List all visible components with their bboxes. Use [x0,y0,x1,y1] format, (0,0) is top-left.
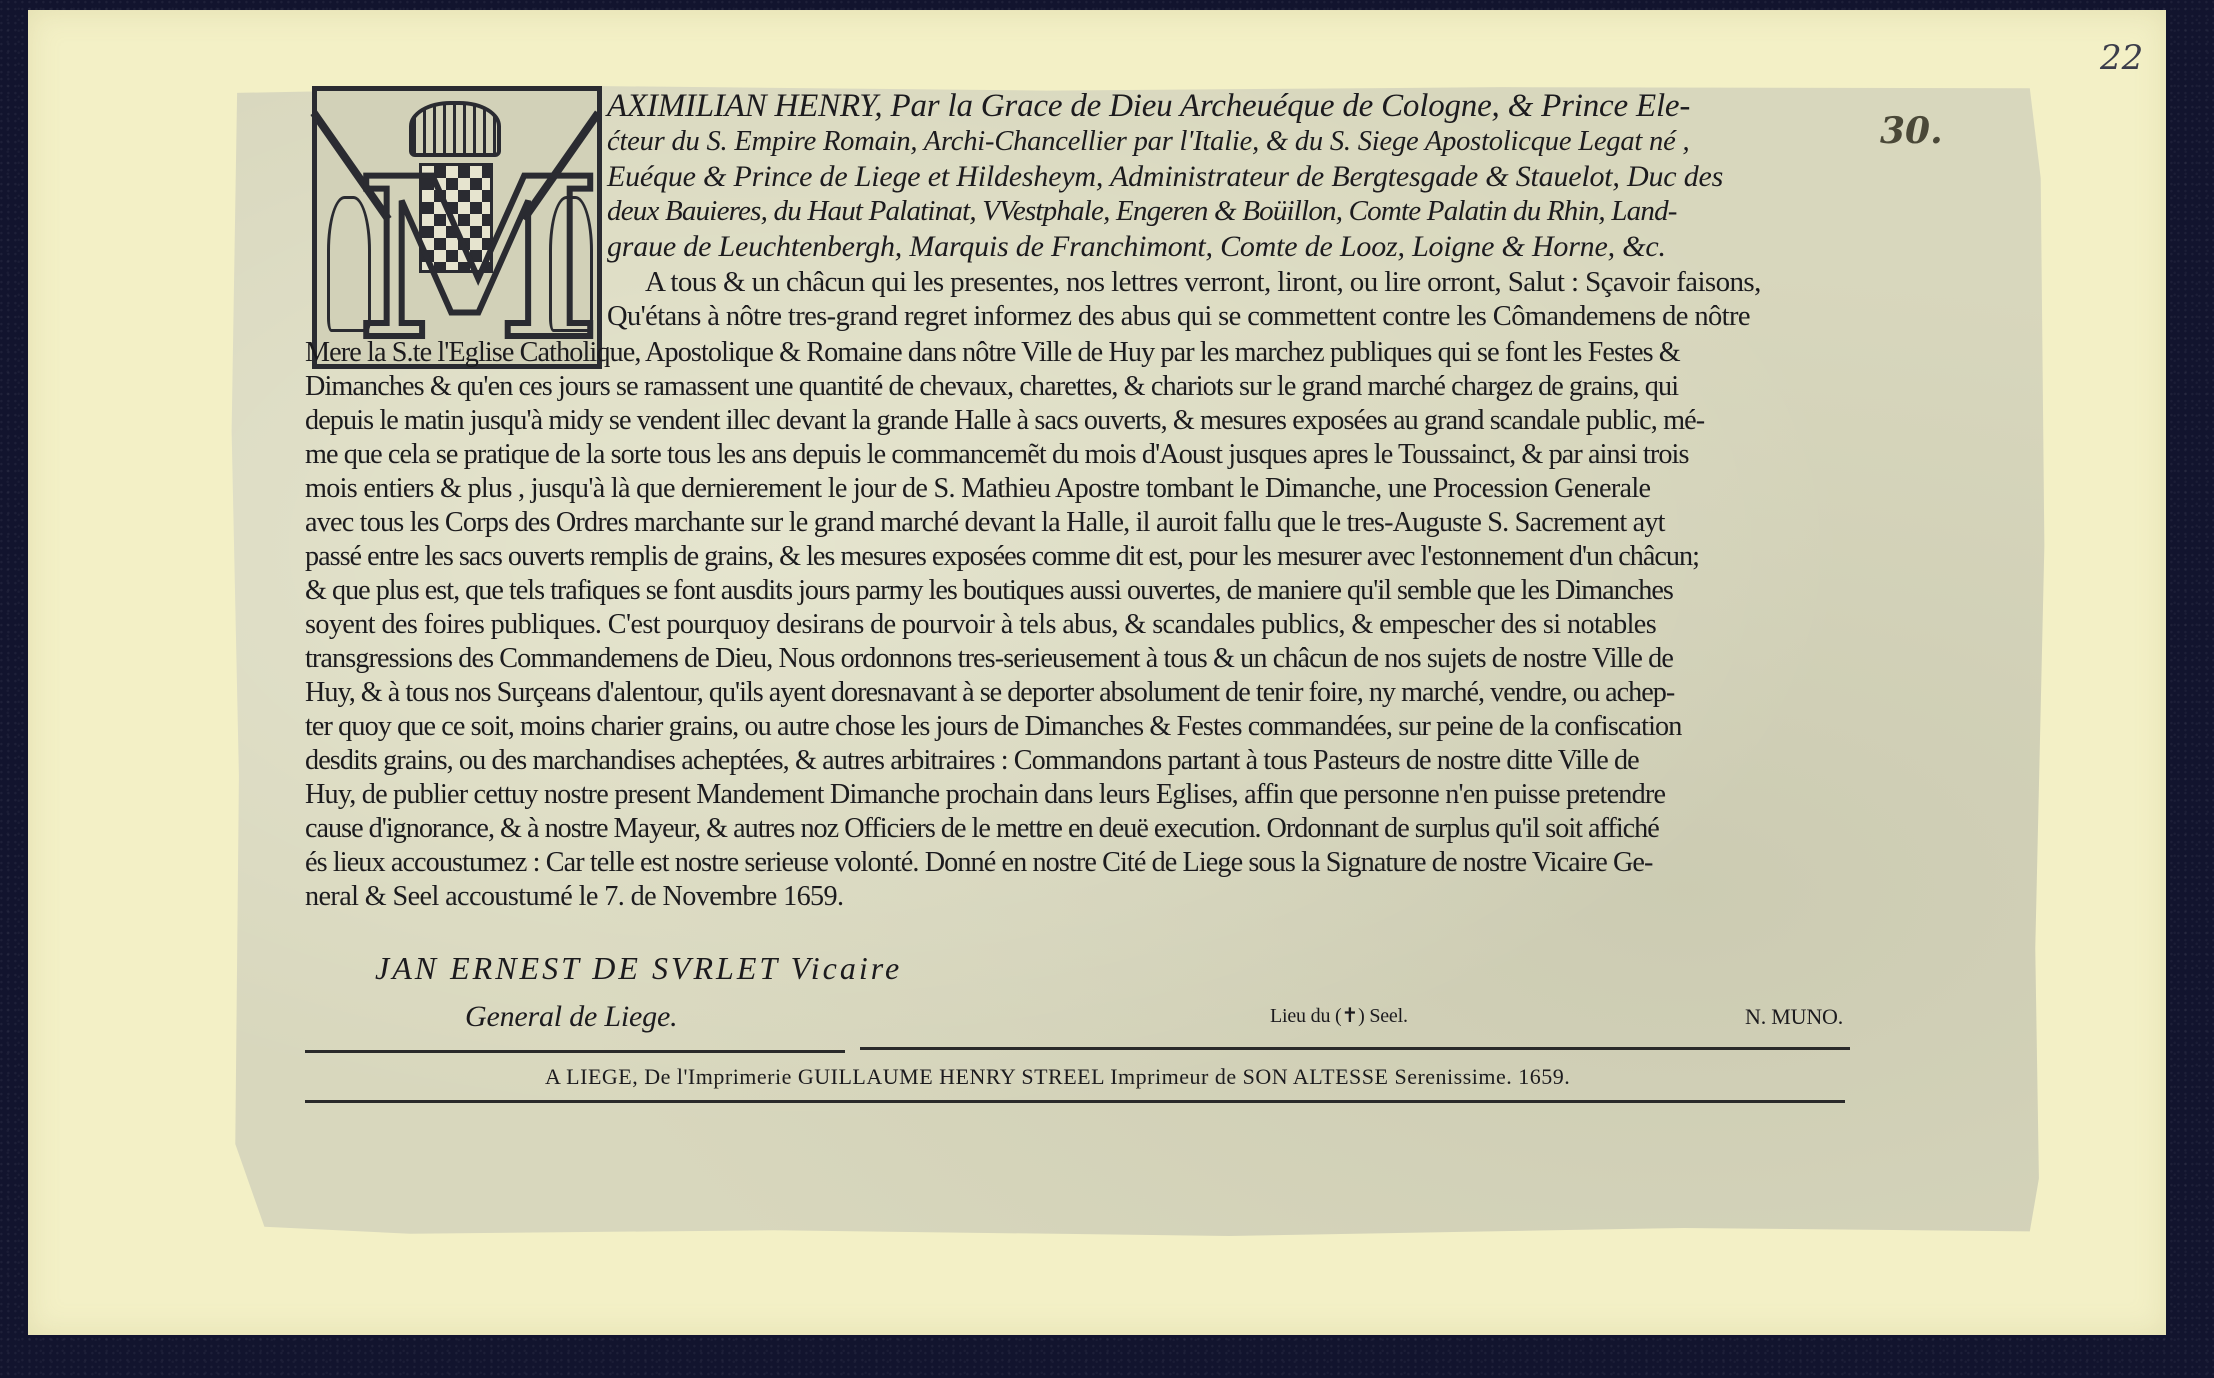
body-line-10: & que plus est, que tels trafiques se fo… [305,574,1673,607]
body-line-19: neral & Seel accoustumé le 7. de Novembr… [305,880,844,913]
body-line-9: passé entre les sacs ouverts remplis de … [305,540,1699,573]
heading-line-4: deux Bauieres, du Haut Palatinat, VVestp… [607,195,1677,228]
folio-number-top: 22 [2100,38,2143,78]
rule-upper-right [860,1047,1850,1050]
body-line-12: transgressions des Commandemens de Dieu,… [305,642,1673,675]
heading-line-3: Euéque & Prince de Liege et Hildesheym, … [607,160,1723,193]
body-line-11: soyent des foires publiques. C'est pourq… [305,608,1656,641]
body-line-14: ter quoy que ce soit, moins charier grai… [305,710,1681,743]
body-line-6: me que cela se pratique de la sorte tous… [305,438,1689,471]
rule-upper-left [305,1050,845,1053]
secretary-name: N. MUNO. [1745,1000,1843,1033]
signature-line-2: General de Liege. [465,1000,677,1033]
body-line-2: Qu'étans à nôtre tres-grand regret infor… [607,300,1750,333]
body-line-7: mois entiers & plus , jusqu'à là que der… [305,472,1650,505]
folio-number-margin: 30. [1880,110,1943,152]
initial-letter: M [357,159,601,359]
rule-lower [305,1100,1845,1103]
seal-place: Lieu du (✝) Seel. [1270,1000,1408,1033]
body-line-5: depuis le matin jusqu'à midy se vendent … [305,404,1704,437]
signature-line-1: JAN ERNEST DE SVRLET Vicaire [375,952,902,985]
body-line-17: cause d'ignorance, & à nostre Mayeur, & … [305,812,1659,845]
heading-line-1: AXIMILIAN HENRY, Par la Grace de Dieu Ar… [607,90,1690,123]
body-line-16: Huy, de publier cettuy nostre present Ma… [305,778,1665,811]
body-line-1: A tous & un châcun qui les presentes, no… [645,266,1761,299]
heading-line-2: ćteur du S. Empire Romain, Archi-Chancel… [607,125,1689,158]
body-line-15: desdits grains, ou des marchandises ache… [305,744,1639,777]
heading-line-5: graue de Leuchtenbergh, Marquis de Franc… [607,230,1666,263]
body-line-3: Mere la S.te l'Eglise Catholique, Aposto… [305,336,1680,369]
woodcut-initial: M [312,86,602,369]
body-line-13: Huy, & à tous nos Surçeans d'alentour, q… [305,676,1674,709]
body-line-4: Dimanches & qu'en ces jours se ramassent… [305,370,1678,403]
body-line-8: avec tous les Corps des Ordres marchante… [305,506,1665,539]
body-line-18: és lieux accoustumez : Car telle est nos… [305,846,1653,879]
imprint-line: A LIEGE, De l'Imprimerie GUILLAUME HENRY… [545,1060,1570,1093]
